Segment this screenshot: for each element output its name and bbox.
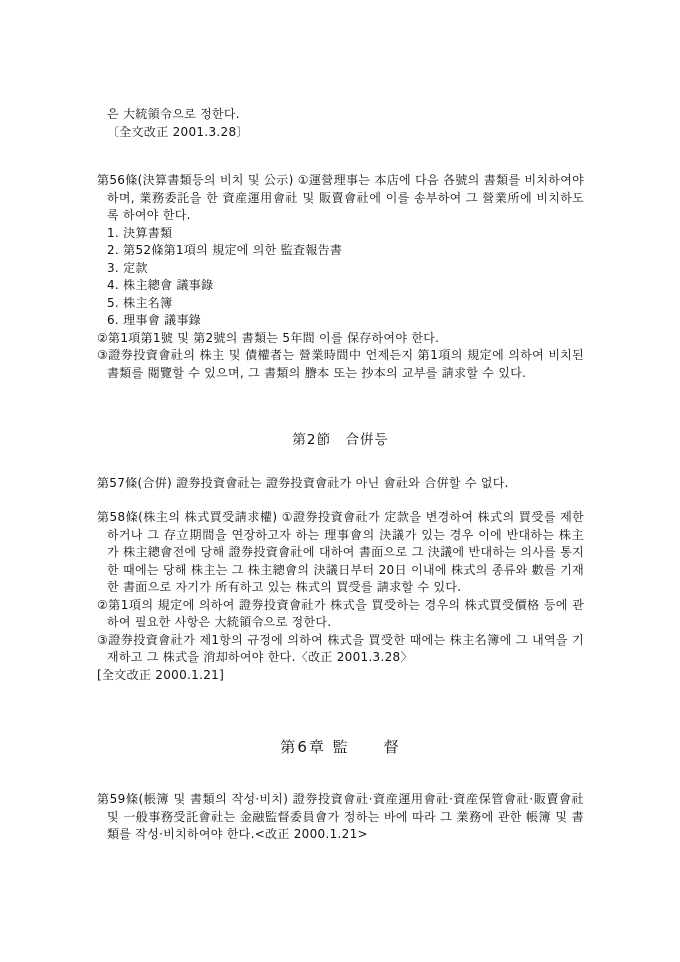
- article-58-paragraph-3: ③證券投資會社가 제1항의 규정에 의하여 株式을 買受한 때에는 株主名簿에 …: [97, 632, 584, 667]
- section-2-heading: 第2節 合倂등: [97, 428, 584, 448]
- article-56-item-3: 3. 定款: [107, 260, 584, 278]
- document-page: 은 大統領令으로 정한다. 〔全文改正 2001.3.28〕 第56條(決算書類…: [0, 0, 680, 962]
- article-56-item-6: 6. 理事會 議事錄: [107, 312, 584, 330]
- article-58-paragraph-2: ②第1項의 規定에 의하여 證券投資會社가 株式을 買受하는 경우의 株式買受價…: [97, 597, 584, 632]
- article-58: 第58條(株主의 株式買受請求權) ①證券投資會社가 定款을 변경하여 株式의 …: [97, 509, 584, 684]
- carryover-line: 은 大統領令으로 정한다.: [97, 106, 584, 124]
- article-56-item-1: 1. 決算書類: [107, 225, 584, 243]
- article-56-paragraph-3: ③證券投資會社의 株主 및 債權者는 營業時間中 언제든지 第1項의 規定에 의…: [97, 347, 584, 382]
- chapter-6-heading: 第6章 監 督: [97, 736, 584, 757]
- article-56-paragraph-2: ②第1項第1號 및 第2號의 書類는 5年間 이를 保存하여야 한다.: [97, 330, 584, 348]
- article-58-paragraph-1: 第58條(株主의 株式買受請求權) ①證券投資會社가 定款을 변경하여 株式의 …: [97, 509, 584, 597]
- article-57-text: 第57條(合倂) 證券投資會社는 證券投資會社가 아닌 會社와 合倂할 수 없다…: [97, 475, 584, 493]
- article-56-item-list: 1. 決算書類 2. 第52條第1項의 規定에 의한 監査報告書 3. 定款 4…: [97, 225, 584, 330]
- article-57: 第57條(合倂) 證券投資會社는 證券投資會社가 아닌 會社와 合倂할 수 없다…: [97, 475, 584, 493]
- article-56: 第56條(決算書類등의 비치 및 公示) ①運營理事는 本店에 다음 各號의 書…: [97, 172, 584, 382]
- article-59: 第59條(帳簿 및 書類의 작성·비치) 證券投資會社·資産運用會社·資産保管會…: [97, 791, 584, 844]
- amendment-note-2001: 〔全文改正 2001.3.28〕: [97, 124, 584, 142]
- carryover-block: 은 大統領令으로 정한다. 〔全文改正 2001.3.28〕: [97, 106, 584, 141]
- article-56-item-2: 2. 第52條第1項의 規定에 의한 監査報告書: [107, 242, 584, 260]
- amendment-note-2000: [全文改正 2000.1.21]: [97, 667, 584, 685]
- article-56-item-5: 5. 株主名簿: [107, 295, 584, 313]
- article-56-opening: 第56條(決算書類등의 비치 및 公示) ①運營理事는 本店에 다음 各號의 書…: [97, 172, 584, 225]
- article-56-item-4: 4. 株主總會 議事錄: [107, 277, 584, 295]
- article-59-text: 第59條(帳簿 및 書類의 작성·비치) 證券投資會社·資産運用會社·資産保管會…: [97, 791, 584, 844]
